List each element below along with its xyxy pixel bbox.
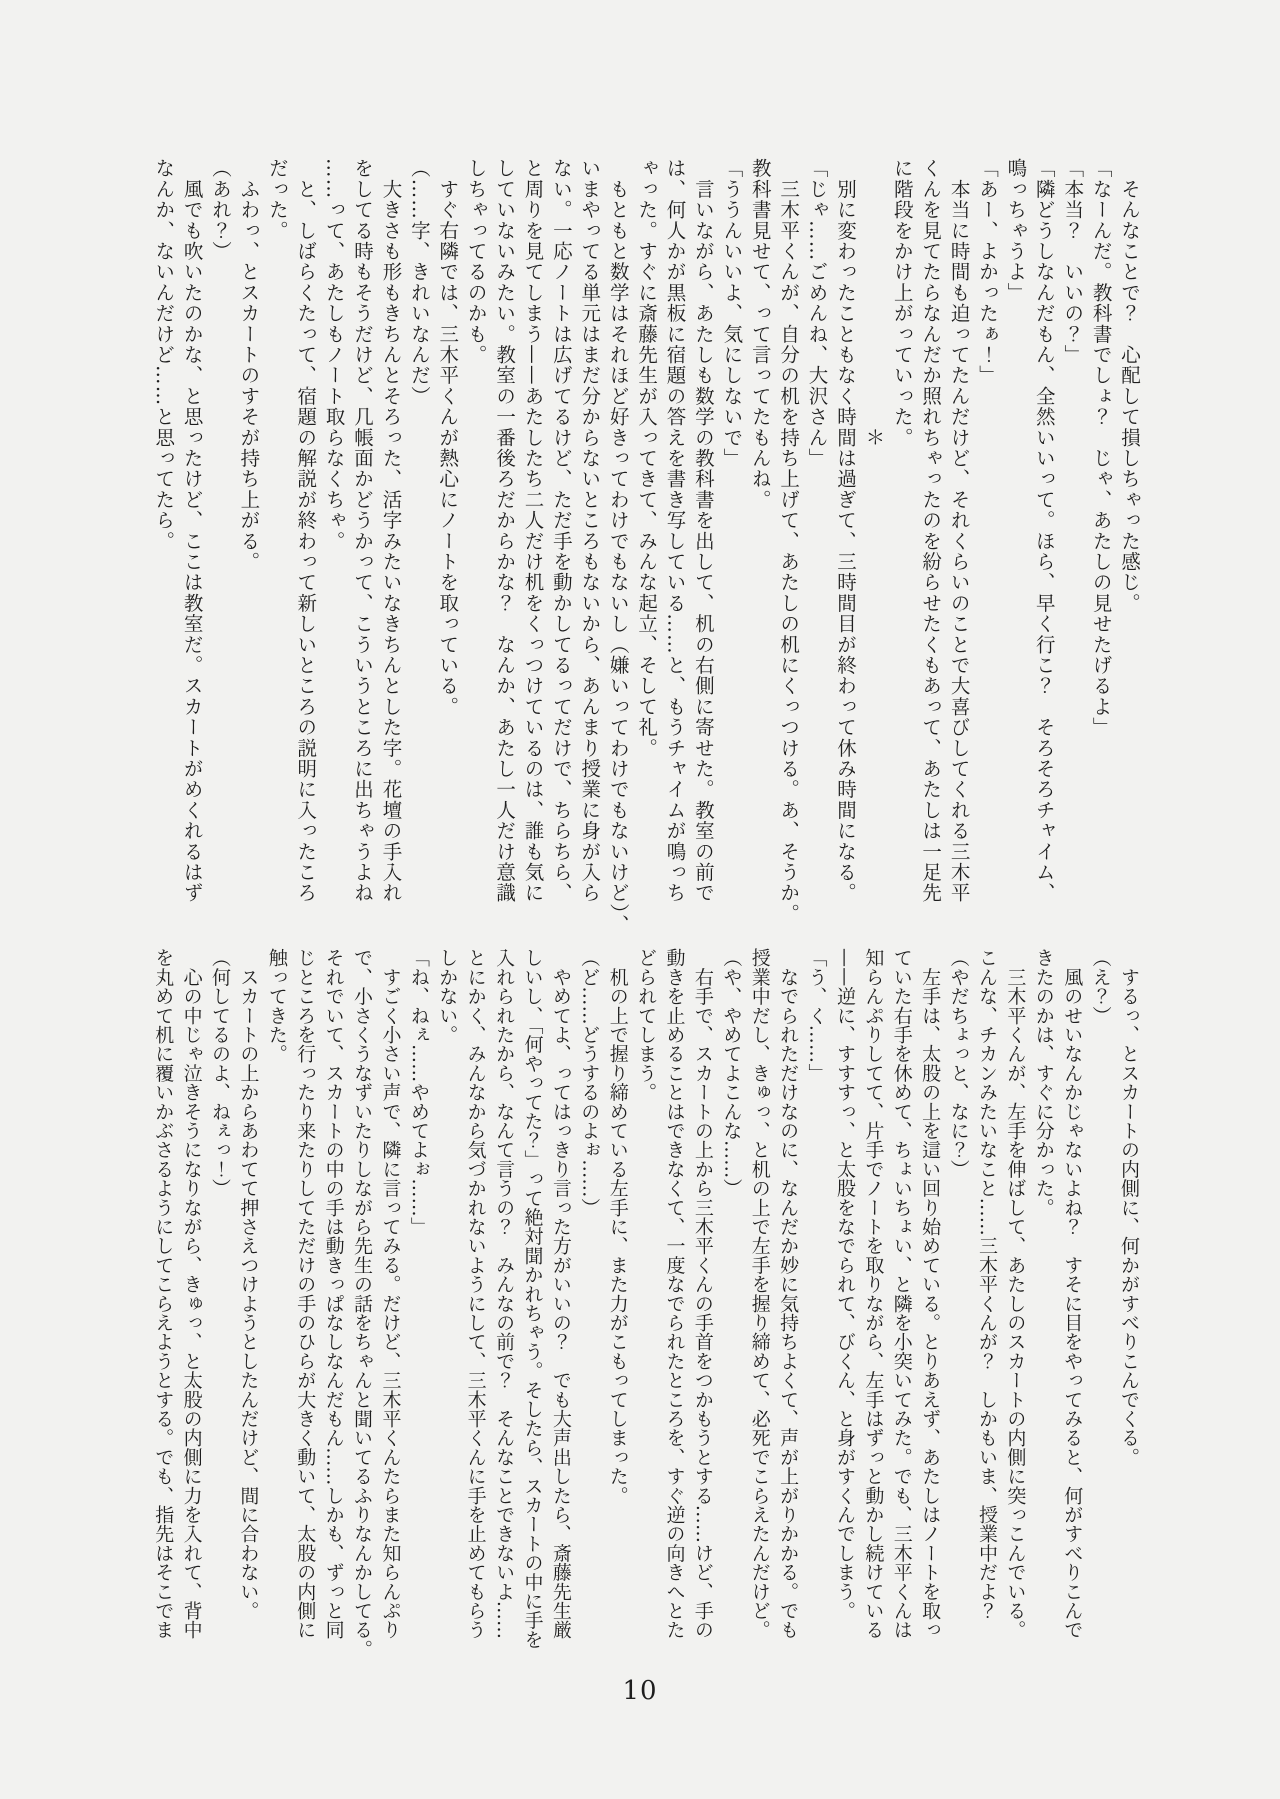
scanned-novel-page: そんなことで？ 心配して損しちゃった感じ。 「なーんだ。教科書でしょ？ じゃ、あ… [0, 0, 1280, 1799]
text-block-bottom: するっ、とスカートの内側に、何かがすべりこんでくる。 （え？） 風のせいなんかじ… [149, 948, 1143, 1654]
text-block-top: そんなことで？ 心配して損しちゃった感じ。 「なーんだ。教科書でしょ？ じゃ、あ… [149, 158, 1143, 908]
page-number: 10 [0, 1676, 1280, 1706]
